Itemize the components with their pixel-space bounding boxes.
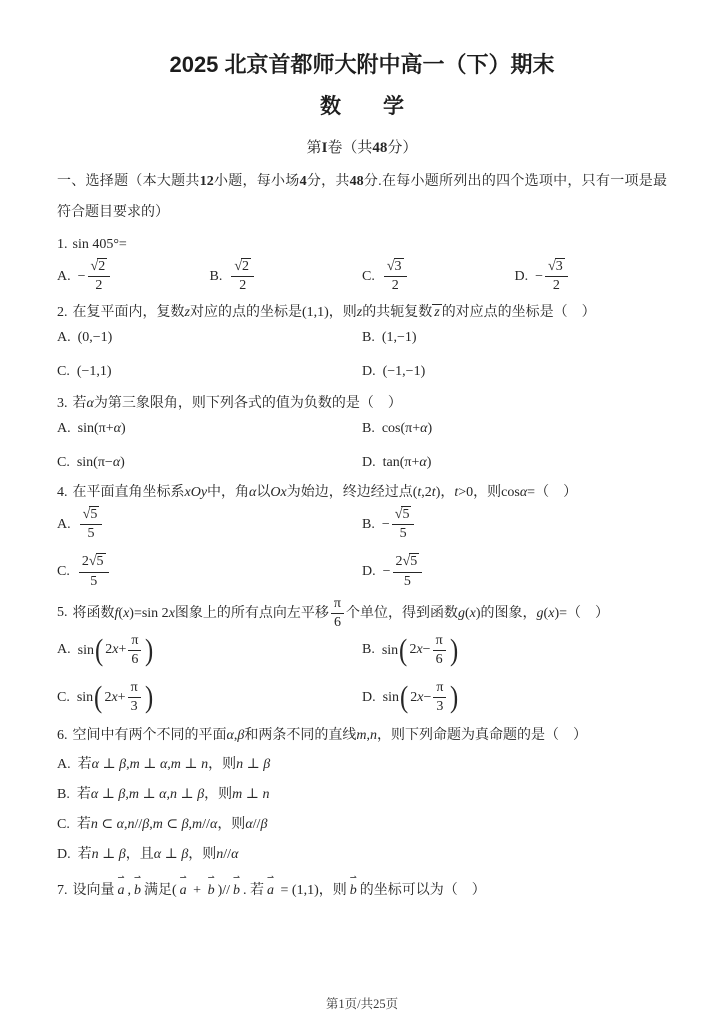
math-text: 的坐标可以为（ ） <box>360 883 486 898</box>
math-text: 5 <box>404 574 411 589</box>
question-1-option-A: A.−√22 <box>57 259 210 294</box>
fraction-numerator: √3 <box>545 259 568 277</box>
option-content: −2√55 <box>383 554 425 589</box>
math-text: 图象上的所有点向左平移 <box>175 605 329 620</box>
question-4-options: A.√55B.−√55C.2√55D.−2√55 <box>57 507 667 589</box>
math-variable: α <box>227 728 234 743</box>
math-variable: β <box>182 817 189 832</box>
math-variable: α <box>231 847 238 862</box>
math-text: )=sin 2 <box>129 605 168 620</box>
fraction-numerator: √2 <box>231 259 254 277</box>
question-2-option-A: A.(0,−1) <box>57 327 362 349</box>
math-text: 分，共 <box>307 174 350 189</box>
math-vector: ⇀a <box>117 878 126 903</box>
math-text: + <box>118 687 126 709</box>
fraction-denominator: 6 <box>433 651 446 668</box>
math-text: ,2 <box>421 485 432 500</box>
option-content: 若n ⊥ β，且α ⊥ β，则n//α <box>78 840 239 870</box>
question-2-option-C: C.(−1,1) <box>57 361 362 383</box>
question-4-stem: 4.在平面直角坐标系xOy中，角α以Ox为始边，终边经过点(t,2t)，t>0，… <box>57 480 667 505</box>
math-text: . 若 <box>243 883 264 898</box>
option-label: B. <box>57 780 70 810</box>
radicand: 5 <box>89 506 99 522</box>
question-3-option-A: A.sin(π+α) <box>57 418 362 440</box>
math-vector: ⇀b <box>232 878 241 903</box>
math-text: 将函数 <box>73 605 115 620</box>
math-text: ，则 <box>204 787 232 802</box>
math-text: 5 <box>90 507 97 522</box>
page-footer: 第1页/共25页 <box>0 994 724 1012</box>
math-text: 小题，每小场 <box>214 174 300 189</box>
question-5-option-A: A.sin(2x+π6) <box>57 633 362 668</box>
left-paren: ( <box>399 635 407 666</box>
math-variable: α <box>92 757 99 772</box>
question-2-stem: 2.在复平面内，复数z对应的点的坐标是(1,1)，则z的共轭复数z的对应点的坐标… <box>57 300 667 325</box>
math-sqrt: √5 <box>403 554 420 569</box>
radicand: 5 <box>96 553 106 569</box>
vector-arrow-icon: ⇀ <box>117 873 124 881</box>
option-content: −√22 <box>78 259 113 294</box>
math-fraction: π3 <box>433 680 446 715</box>
question-4: 4.在平面直角坐标系xOy中，角α以Ox为始边，终边经过点(t,2t)，t>0，… <box>57 480 667 589</box>
math-text: ⊥ <box>177 787 197 802</box>
vector-arrow-icon: ⇀ <box>350 873 357 881</box>
math-variable: α <box>420 421 427 436</box>
math-text: ，则 <box>217 817 245 832</box>
math-text: π <box>334 596 341 611</box>
math-text: 为第三象限角，则下列各式的值为负数的是（ ） <box>94 396 402 411</box>
question-5-stem: 5.将函数f(x)=sin 2x图象上的所有点向左平移π6个单位，得到函数g(x… <box>57 596 667 631</box>
option-label: D. <box>362 561 376 583</box>
option-label: A. <box>57 418 71 440</box>
question-number: 5. <box>57 605 68 620</box>
fraction-denominator: 3 <box>433 698 446 715</box>
option-label: C. <box>57 361 70 383</box>
question-number: 7. <box>57 883 68 898</box>
radical-sign-icon: √ <box>89 554 97 569</box>
question-6-option-C: C.若n ⊂ α,n//β,m ⊂ β,m//α，则α//β <box>57 810 667 840</box>
math-text: π <box>131 633 138 648</box>
option-label: B. <box>362 514 375 536</box>
radicand: 3 <box>394 258 404 274</box>
fraction-numerator: 2√5 <box>393 554 423 572</box>
math-text: 6 <box>334 615 341 630</box>
radical-sign-icon: √ <box>83 507 91 522</box>
math-text: ，且 <box>126 847 154 862</box>
option-content: −√55 <box>382 507 417 542</box>
question-6-options: A.若α ⊥ β,m ⊥ α,m ⊥ n，则n ⊥ βB.若α ⊥ β,m ⊥ … <box>57 750 667 870</box>
option-content: (1,−1) <box>382 327 417 349</box>
paren-content: 2x−π6 <box>408 633 448 668</box>
math-text: 分） <box>387 140 417 156</box>
option-label: D. <box>57 840 71 870</box>
question-3-option-D: D.tan(π+α) <box>362 452 667 474</box>
option-content: sin(2x−π3) <box>383 680 460 715</box>
question-4-option-C: C.2√55 <box>57 554 362 589</box>
radicand: 3 <box>555 258 565 274</box>
math-text: ) <box>428 421 433 436</box>
option-label: D. <box>515 266 529 288</box>
option-label: A. <box>57 514 71 536</box>
math-variable: β <box>263 757 270 772</box>
fraction-numerator: π <box>128 633 141 651</box>
bold-text: 4 <box>300 174 307 189</box>
math-text: ⊥ <box>99 757 119 772</box>
right-paren: ) <box>450 682 458 713</box>
math-text: )// <box>218 883 230 898</box>
fraction-denominator: 5 <box>90 573 97 590</box>
math-text: cos(π+ <box>382 421 420 436</box>
fraction-denominator: 5 <box>87 525 94 542</box>
radical-sign-icon: √ <box>395 507 403 522</box>
math-text: 2 <box>396 554 403 569</box>
math-text: 的对应点的坐标是（ ） <box>442 305 596 320</box>
option-label: D. <box>362 361 376 383</box>
question-1: 1.sin 405°=A.−√22B.√22C.√32D.−√32 <box>57 232 667 294</box>
math-variable: n <box>370 728 377 743</box>
fraction-numerator: √5 <box>392 507 415 525</box>
math-text: sin(π− <box>77 455 113 470</box>
math-text: 3 <box>131 699 138 714</box>
math-text: ⊥ <box>161 847 181 862</box>
right-paren: ) <box>450 635 458 666</box>
fraction-denominator: 2 <box>239 277 246 294</box>
bold-text: 12 <box>200 174 214 189</box>
math-text: π <box>436 633 443 648</box>
option-content: tan(π+α) <box>383 452 432 474</box>
math-parentheses: (2x−π3) <box>399 680 460 715</box>
question-number: 1. <box>57 237 68 252</box>
math-text: − <box>382 517 390 532</box>
math-text: π <box>436 680 443 695</box>
math-text: 2 <box>242 259 249 274</box>
math-text: 满足( <box>144 883 177 898</box>
math-text: 若 <box>73 396 87 411</box>
math-vector: ⇀b <box>349 878 358 903</box>
question-7-stem: 7.设向量⇀a,⇀b满足(⇀a + ⇀b)//⇀b. 若⇀a = (1,1)，则… <box>57 878 667 903</box>
question-number: 2. <box>57 305 68 320</box>
question-4-option-A: A.√55 <box>57 507 362 542</box>
math-fraction: √22 <box>88 259 111 294</box>
math-text: sin(π+ <box>78 421 114 436</box>
math-fraction: √32 <box>384 259 407 294</box>
option-label: D. <box>362 452 376 474</box>
math-variable: m <box>153 817 163 832</box>
math-sqrt: √5 <box>83 507 100 522</box>
radicand: 5 <box>401 506 411 522</box>
math-text: 一、选择题（本大题共 <box>57 174 200 189</box>
option-label: A. <box>57 327 71 349</box>
question-3-option-B: B.cos(π+α) <box>362 418 667 440</box>
math-text: − <box>423 687 431 709</box>
math-variable: xOy <box>185 485 208 500</box>
fraction-numerator: π <box>433 633 446 651</box>
math-text: 2 <box>98 259 105 274</box>
option-label: C. <box>57 810 70 840</box>
math-text: 若 <box>78 847 92 862</box>
math-text: 2 <box>95 278 102 293</box>
fraction-denominator: 2 <box>553 277 560 294</box>
math-fraction: √22 <box>231 259 254 294</box>
exam-page: 2025 北京首都师大附中高一（下）期末 数 学 第I卷（共48分） 一、选择题… <box>0 0 724 903</box>
question-5-options: A.sin(2x+π6)B.sin(2x−π6)C.sin(2x+π3)D.si… <box>57 633 667 715</box>
math-text: 3 <box>436 699 443 714</box>
math-text: sin 405°= <box>73 237 127 252</box>
math-text: 3 <box>556 259 563 274</box>
math-text: (−1,1) <box>77 364 112 379</box>
math-text: ⊥ <box>242 787 262 802</box>
math-fraction: 2√55 <box>393 554 423 589</box>
math-text: 5 <box>410 554 417 569</box>
math-variable: m <box>192 817 202 832</box>
math-text: 第 <box>307 140 322 156</box>
option-label: C. <box>57 452 70 474</box>
math-text: 若 <box>77 817 91 832</box>
question-6-option-D: D.若n ⊥ β，且α ⊥ β，则n//α <box>57 840 667 870</box>
question-7: 7.设向量⇀a,⇀b满足(⇀a + ⇀b)//⇀b. 若⇀a = (1,1)，则… <box>57 878 667 903</box>
math-text: 和两条不同的直线 <box>244 728 356 743</box>
question-1-options: A.−√22B.√22C.√32D.−√32 <box>57 259 667 294</box>
math-text: )的图象， <box>476 605 537 620</box>
option-content: 若α ⊥ β,m ⊥ α,m ⊥ n，则n ⊥ β <box>78 750 271 780</box>
math-variable: n <box>91 817 98 832</box>
math-text: // <box>202 817 210 832</box>
option-label: B. <box>362 418 375 440</box>
question-2-option-B: B.(1,−1) <box>362 327 667 349</box>
question-3-option-C: C.sin(π−α) <box>57 452 362 474</box>
math-variable: α <box>87 396 94 411</box>
question-number: 4. <box>57 485 68 500</box>
math-text: ⊥ <box>181 757 201 772</box>
subject-title: 数 学 <box>57 93 667 121</box>
math-text: )=（ ） <box>554 605 609 620</box>
radical-sign-icon: √ <box>91 259 99 274</box>
radicand: 2 <box>97 258 107 274</box>
paren-content: 2x−π3 <box>409 680 449 715</box>
math-text: // <box>223 847 231 862</box>
radicand: 2 <box>241 258 251 274</box>
radical-sign-icon: √ <box>403 554 411 569</box>
math-variable: β <box>119 847 126 862</box>
exam-document: { "page": { "title": "2025 北京首都师大附中高一（下）… <box>0 0 724 1024</box>
option-content: 2√55 <box>77 554 111 589</box>
math-text: 以 <box>256 485 270 500</box>
question-1-option-D: D.−√32 <box>515 259 668 294</box>
question-list: 1.sin 405°=A.−√22B.√22C.√32D.−√322.在复平面内… <box>57 232 667 903</box>
option-label: B. <box>362 327 375 349</box>
math-text: 2 <box>392 278 399 293</box>
fraction-numerator: 2√5 <box>79 554 109 572</box>
math-fraction: π3 <box>128 680 141 715</box>
option-label: C. <box>57 687 70 709</box>
math-variable: Ox <box>270 485 286 500</box>
option-content: √32 <box>382 259 409 294</box>
left-paren: ( <box>400 682 408 713</box>
math-text: 中，角 <box>207 485 249 500</box>
fraction-numerator: π <box>128 680 141 698</box>
question-3: 3.若α为第三象限角，则下列各式的值为负数的是（ ）A.sin(π+α)B.co… <box>57 391 667 474</box>
left-paren: ( <box>94 682 102 713</box>
option-content: sin(π−α) <box>77 452 125 474</box>
option-content: √22 <box>229 259 256 294</box>
math-sqrt: √3 <box>548 259 565 274</box>
radical-sign-icon: √ <box>387 259 395 274</box>
math-text: 5 <box>400 526 407 541</box>
fraction-denominator: 5 <box>400 525 407 542</box>
math-vector: ⇀b <box>207 878 216 903</box>
math-variable: β <box>260 817 267 832</box>
math-text: 在平面直角坐标系 <box>73 485 185 500</box>
math-text: = (1,1)，则 <box>277 883 347 898</box>
math-text: + <box>190 883 205 898</box>
section-header: 第I卷（共48分） <box>57 138 667 159</box>
bold-text: 48 <box>350 174 364 189</box>
vector-arrow-icon: ⇀ <box>267 873 274 881</box>
option-content: −√32 <box>535 259 570 294</box>
question-6-option-B: B.若α ⊥ β,m ⊥ α,n ⊥ β，则m ⊥ n <box>57 780 667 810</box>
math-variable: m <box>232 787 242 802</box>
paren-content: 2x+π6 <box>104 633 144 668</box>
right-paren: ) <box>145 682 153 713</box>
option-content: (0,−1) <box>78 327 113 349</box>
fraction-denominator: 2 <box>392 277 399 294</box>
question-3-options: A.sin(π+α)B.cos(π+α)C.sin(π−α)D.tan(π+α) <box>57 418 667 474</box>
math-text: 对应的点的坐标是(1,1)，则 <box>190 305 357 320</box>
math-fraction: π6 <box>128 633 141 668</box>
math-text: ) <box>121 421 126 436</box>
option-content: sin(2x+π6) <box>78 633 155 668</box>
option-content: cos(π+α) <box>382 418 432 440</box>
exam-title: 2025 北京首都师大附中高一（下）期末 <box>57 50 667 80</box>
math-vector: ⇀a <box>266 878 275 903</box>
math-sqrt: √3 <box>387 259 404 274</box>
math-variable: α <box>245 817 252 832</box>
option-label: B. <box>362 639 375 661</box>
option-label: A. <box>57 750 71 780</box>
option-label: B. <box>210 266 223 288</box>
vector-arrow-icon: ⇀ <box>208 873 215 881</box>
math-text: ⊂ <box>163 817 182 832</box>
fraction-numerator: √3 <box>384 259 407 277</box>
math-sqrt: √5 <box>395 507 412 522</box>
math-text: , <box>128 883 132 898</box>
math-variable: α <box>159 787 166 802</box>
math-variable: α <box>419 455 426 470</box>
math-variable: n <box>170 787 177 802</box>
math-variable: α <box>114 421 121 436</box>
math-text: 5 <box>90 574 97 589</box>
math-text: 5 <box>97 554 104 569</box>
math-text: ) <box>120 455 125 470</box>
fraction-denominator: 2 <box>95 277 102 294</box>
paren-content: 2x+π3 <box>103 680 143 715</box>
vector-arrow-icon: ⇀ <box>233 873 240 881</box>
math-text: ) <box>427 455 432 470</box>
option-content: √55 <box>78 507 105 542</box>
question-3-stem: 3.若α为第三象限角，则下列各式的值为负数的是（ ） <box>57 391 667 416</box>
fraction-numerator: √5 <box>80 507 103 525</box>
math-text: (−1,−1) <box>383 364 426 379</box>
math-text: 为始边，终边经过点( <box>287 485 418 500</box>
math-variable: m <box>129 787 139 802</box>
question-6: 6.空间中有两个不同的平面α,β和两条不同的直线m,n，则下列命题为真命题的是（… <box>57 723 667 870</box>
math-sqrt: √5 <box>89 554 106 569</box>
fraction-numerator: π <box>433 680 446 698</box>
math-fraction: π6 <box>331 596 344 631</box>
math-sqrt: √2 <box>91 259 108 274</box>
math-text: >0，则cos <box>458 485 520 500</box>
math-text: 2 <box>239 278 246 293</box>
math-text: 5 <box>87 526 94 541</box>
math-sqrt: √2 <box>234 259 251 274</box>
question-number: 6. <box>57 728 68 743</box>
math-text: 2 <box>553 278 560 293</box>
math-parentheses: (2x−π6) <box>398 633 459 668</box>
math-text: − <box>423 639 431 661</box>
question-5-option-D: D.sin(2x−π3) <box>362 680 667 715</box>
math-text: (1,−1) <box>382 330 417 345</box>
math-text: ⊥ <box>140 757 160 772</box>
fraction-denominator: 3 <box>128 698 141 715</box>
question-6-stem: 6.空间中有两个不同的平面α,β和两条不同的直线m,n，则下列命题为真命题的是（… <box>57 723 667 748</box>
math-text: − <box>78 269 86 284</box>
question-1-option-C: C.√32 <box>362 259 515 294</box>
radical-sign-icon: √ <box>548 259 556 274</box>
math-text: 设向量 <box>73 883 115 898</box>
math-text: ⊥ <box>243 757 263 772</box>
math-fraction: √32 <box>545 259 568 294</box>
math-text: 6 <box>131 652 138 667</box>
math-variable: α <box>117 817 124 832</box>
math-text: ，则下列命题为真命题的是（ ） <box>377 728 587 743</box>
option-content: 若n ⊂ α,n//β,m ⊂ β,m//α，则α//β <box>77 810 268 840</box>
option-label: A. <box>57 639 71 661</box>
question-5: 5.将函数f(x)=sin 2x图象上的所有点向左平移π6个单位，得到函数g(x… <box>57 596 667 716</box>
math-variable: m <box>171 757 181 772</box>
math-fraction: √55 <box>392 507 415 542</box>
math-text: 的共轭复数 <box>362 305 432 320</box>
math-text: sin <box>78 643 94 658</box>
math-variable: m <box>356 728 366 743</box>
right-paren: ) <box>145 635 153 666</box>
option-content: sin(2x+π3) <box>77 680 154 715</box>
math-text: =（ ） <box>527 485 577 500</box>
question-6-option-A: A.若α ⊥ β,m ⊥ α,m ⊥ n，则n ⊥ β <box>57 750 667 780</box>
math-text: − <box>383 564 391 579</box>
question-4-option-B: B.−√55 <box>362 507 667 542</box>
math-text: sin <box>382 643 398 658</box>
fraction-numerator: √2 <box>88 259 111 277</box>
math-text: 空间中有两个不同的平面 <box>73 728 227 743</box>
option-label: D. <box>362 687 376 709</box>
math-text: ⊥ <box>98 787 118 802</box>
option-content: (−1,1) <box>77 361 112 383</box>
question-2-option-D: D.(−1,−1) <box>362 361 667 383</box>
math-text: − <box>535 269 543 284</box>
fraction-denominator: 6 <box>334 614 341 631</box>
math-text: 3 <box>395 259 402 274</box>
fraction-denominator: 5 <box>404 573 411 590</box>
question-1-stem: 1.sin 405°= <box>57 232 667 257</box>
math-text: (0,−1) <box>78 330 113 345</box>
section-intro: 一、选择题（本大题共12小题，每小场4分，共48分.在每小题所列出的四个选项中，… <box>57 166 667 228</box>
math-fraction: √55 <box>80 507 103 542</box>
math-parentheses: (2x+π6) <box>94 633 155 668</box>
math-vector: ⇀b <box>133 878 142 903</box>
math-text: ⊥ <box>99 847 119 862</box>
math-text: sin <box>77 690 93 705</box>
question-4-option-D: D.−2√55 <box>362 554 667 589</box>
